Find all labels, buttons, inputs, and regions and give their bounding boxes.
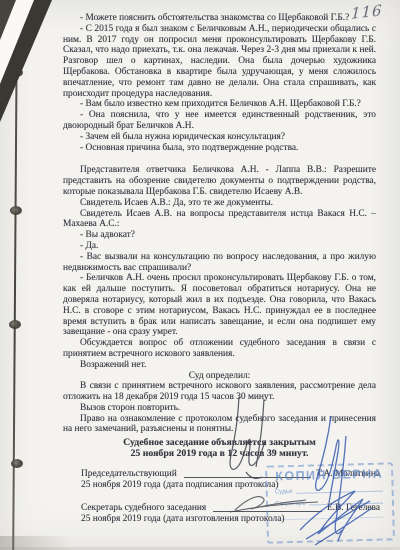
qa-line: - Зачем ей была нужна юридическая консул… <box>63 132 376 143</box>
qa-line: - Можете пояснить обстоятельства знакомс… <box>63 13 376 24</box>
ruling-paragraph: Право на ознакомление с протоколом судеб… <box>63 414 376 436</box>
statement-paragraph: Представителя ответчика Беличкова А.Н. -… <box>63 165 376 197</box>
stamp-fill-line <box>309 503 383 506</box>
qa-line: - Вам было известно кем приходится Белич… <box>63 99 376 110</box>
qa-line: - Вы адвокат? <box>63 230 376 241</box>
copy-true-stamp: КОПИЯ ВЕРНА Судья Секретарь <box>265 462 395 543</box>
stamp-secretary-row: Секретарь <box>275 498 385 508</box>
stamp-fill-line <box>296 491 383 494</box>
statement-paragraph: Возражений нет. <box>63 360 376 371</box>
stamp-title: КОПИЯ ВЕРНА <box>267 466 391 483</box>
scanned-court-protocol-page: 116 - Можете пояснить обстоятельства зна… <box>0 0 400 550</box>
page-corner-shadow <box>0 0 60 130</box>
stamp-judge-row: Судья <box>275 486 385 496</box>
statement-paragraph: Обсуждается вопрос об отложении судебног… <box>63 338 376 360</box>
binding-hole <box>10 206 22 215</box>
stamp-judge-label: Судья <box>275 488 293 495</box>
statement-paragraph: Свидетель Исаев А.В.: Да, это те же доку… <box>63 198 376 209</box>
qa-line: - Вас вызвали на консультацию по вопросу… <box>63 252 376 274</box>
court-ruling-heading: Суд определил: <box>63 371 376 382</box>
protocol-body-text: - Можете пояснить обстоятельства знакомс… <box>63 13 376 435</box>
qa-line: - Основная причина была, это подтвержден… <box>63 143 376 154</box>
secretary-label: Секретарь судебного заседания <box>81 503 206 514</box>
qa-line: - С 2015 года я был знаком с Беличковым … <box>63 24 376 100</box>
stamp-date-line <box>277 512 383 521</box>
qa-line: - Она пояснила, что у нее имеется единст… <box>63 110 376 132</box>
statement-paragraph: - Беличков А.Н. очень просил проконсульт… <box>63 273 376 338</box>
scan-smudge <box>0 536 72 550</box>
closing-line: Судебное заседание объявляется закрытым <box>63 437 376 448</box>
binding-hole <box>9 320 21 329</box>
ruling-paragraph: Вызов сторон повторить. <box>63 403 376 414</box>
binding-hole <box>11 459 23 468</box>
statement-paragraph: Свидетель Исаев А.В. на вопросы представ… <box>63 209 376 231</box>
closing-line: 25 ноября 2019 года в 12 часов 39 минут. <box>63 448 376 459</box>
ruling-paragraph: В связи с принятием встречного искового … <box>63 381 376 403</box>
qa-line: - Да. <box>63 241 376 252</box>
presiding-label: Председательствующий <box>81 469 177 480</box>
stamp-secretary-label: Секретарь <box>275 500 306 508</box>
session-closed-announcement: Судебное заседание объявляется закрытым … <box>63 437 376 460</box>
